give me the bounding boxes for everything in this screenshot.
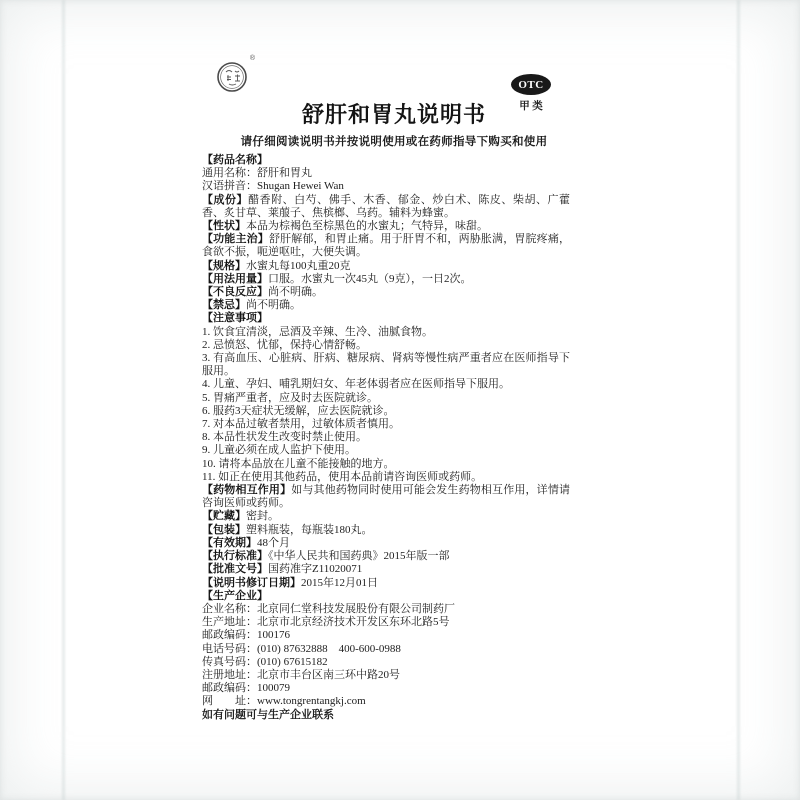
paragraph: 6. 服药3天症状无缓解，应去医院就诊。 <box>202 405 570 418</box>
paragraph: 传真号码：(010) 67615182 <box>202 656 570 669</box>
paragraph-text: 醋香附、白芍、佛手、木香、郁金、炒白术、陈皮、柴胡、广藿香、炙甘草、莱菔子、焦槟… <box>202 194 570 219</box>
paragraph: 5. 胃痛严重者，应及时去医院就诊。 <box>202 392 570 405</box>
paragraph: 2. 忌愤怒、忧郁，保持心情舒畅。 <box>202 339 570 352</box>
paragraph: 【禁忌】尚不明确。 <box>202 299 570 312</box>
paragraph-text: 7. 对本品过敏者禁用，过敏体质者慎用。 <box>202 418 400 430</box>
section-heading: 【有效期】 <box>202 537 257 549</box>
paragraph: 电话号码：(010) 87632888 400-600-0988 <box>202 643 570 656</box>
paragraph-text: 通用名称：舒肝和胃丸 <box>202 167 312 179</box>
paragraph: 【生产企业】 <box>202 590 570 603</box>
paragraph-text: 生产地址：北京市北京经济技术开发区东环北路5号 <box>202 616 450 628</box>
paragraph: 4. 儿童、孕妇、哺乳期妇女、年老体弱者应在医师指导下服用。 <box>202 378 570 391</box>
paragraph-text: 密封。 <box>246 510 279 522</box>
paragraph-text: 5. 胃痛严重者，应及时去医院就诊。 <box>202 392 378 404</box>
paragraph-text: 本品为棕褐色至棕黑色的水蜜丸；气特异，味甜。 <box>246 220 488 232</box>
paragraph: 【贮藏】密封。 <box>202 510 570 523</box>
paragraph: 【功能主治】舒肝解郁，和胃止痛。用于肝胃不和，两胁胀满，胃脘疼痛，食欲不振，呃逆… <box>202 233 570 259</box>
paragraph: 邮政编码：100079 <box>202 682 570 695</box>
section-heading: 【执行标准】 <box>202 550 268 562</box>
paragraph: 注册地址：北京市丰台区南三环中路20号 <box>202 669 570 682</box>
registered-trademark-mark: ® <box>250 55 255 62</box>
paragraph-text: 尚不明确。 <box>246 299 301 311</box>
section-heading: 【用法用量】 <box>202 273 268 285</box>
paragraph-text: 企业名称：北京同仁堂科技发展股份有限公司制药厂 <box>202 603 455 615</box>
section-heading: 【批准文号】 <box>202 563 268 575</box>
paragraph-text: 尚不明确。 <box>268 286 323 298</box>
paragraph-text: 水蜜丸每100丸重20克 <box>246 260 351 272</box>
paragraph-text: 传真号码：(010) 67615182 <box>202 656 328 668</box>
paragraph: 7. 对本品过敏者禁用，过敏体质者慎用。 <box>202 418 570 431</box>
paragraph: 【批准文号】国药准字Z11020071 <box>202 563 570 576</box>
leaflet-page: ® OTC 甲 类 舒肝和胃丸说明书 请仔细阅读说明书并按说明使用或在药师指导下… <box>0 0 800 800</box>
paragraph-text: 2. 忌愤怒、忧郁，保持心情舒畅。 <box>202 339 367 351</box>
paragraph: 如有问题可与生产企业联系 <box>202 709 570 722</box>
tongrentang-seal-logo: ® <box>215 58 251 94</box>
paragraph-text: 电话号码：(010) 87632888 400-600-0988 <box>202 643 401 655</box>
section-heading: 【性状】 <box>202 220 246 232</box>
paragraph-text: 注册地址：北京市丰台区南三环中路20号 <box>202 669 400 681</box>
section-heading: 【药品名称】 <box>202 154 268 166</box>
paragraph: 9. 儿童必须在成人监护下使用。 <box>202 444 570 457</box>
round-seal-icon <box>215 58 251 94</box>
paragraph: 【规格】水蜜丸每100丸重20克 <box>202 260 570 273</box>
paragraph-text: 4. 儿童、孕妇、哺乳期妇女、年老体弱者应在医师指导下服用。 <box>202 378 510 390</box>
paragraph: 【成份】醋香附、白芍、佛手、木香、郁金、炒白术、陈皮、柴胡、广藿香、炙甘草、莱菔… <box>202 194 570 220</box>
paragraph-text: 8. 本品性状发生改变时禁止使用。 <box>202 431 367 443</box>
paragraph: 【执行标准】《中华人民共和国药典》2015年版一部 <box>202 550 570 563</box>
paragraph-text: 1. 饮食宜清淡，忌酒及辛辣、生冷、油腻食物。 <box>202 326 433 338</box>
section-heading: 【包装】 <box>202 524 246 536</box>
paragraph: 【性状】本品为棕褐色至棕黑色的水蜜丸；气特异，味甜。 <box>202 220 570 233</box>
read-notice: 请仔细阅读说明书并按说明使用或在药师指导下购买和使用 <box>0 133 788 149</box>
paragraph: 【不良反应】尚不明确。 <box>202 286 570 299</box>
otc-label: OTC <box>518 79 543 91</box>
paragraph: 邮政编码：100176 <box>202 629 570 642</box>
paragraph: 【注意事项】 <box>202 312 570 325</box>
section-heading: 【贮藏】 <box>202 510 246 522</box>
paragraph-text: 塑料瓶装，每瓶装180丸。 <box>246 524 373 536</box>
paragraph-text: 11. 如正在使用其他药品，使用本品前请咨询医师或药师。 <box>202 471 482 483</box>
paragraph-text: 口服。水蜜丸一次45丸（9克），一日2次。 <box>268 273 472 285</box>
paragraph: 【用法用量】口服。水蜜丸一次45丸（9克），一日2次。 <box>202 273 570 286</box>
paragraph-text: 3. 有高血压、心脏病、肝病、糖尿病、肾病等慢性病严重者应在医师指导下服用。 <box>202 352 570 377</box>
paragraph: 1. 饮食宜清淡，忌酒及辛辣、生冷、油腻食物。 <box>202 326 570 339</box>
paragraph: 通用名称：舒肝和胃丸 <box>202 167 570 180</box>
section-heading: 【禁忌】 <box>202 299 246 311</box>
paragraph-text: 如有问题可与生产企业联系 <box>202 709 334 721</box>
paragraph-text: 6. 服药3天症状无缓解，应去医院就诊。 <box>202 405 395 417</box>
paragraph: 10. 请将本品放在儿童不能接触的地方。 <box>202 458 570 471</box>
section-heading: 【不良反应】 <box>202 286 268 298</box>
paragraph-text: 邮政编码：100079 <box>202 682 290 694</box>
page-title: 舒肝和胃丸说明书 <box>0 98 788 129</box>
section-heading: 【注意事项】 <box>202 312 268 324</box>
paragraph: 汉语拼音：Shugan Hewei Wan <box>202 180 570 193</box>
section-heading: 【规格】 <box>202 260 246 272</box>
paragraph: 【说明书修订日期】2015年12月01日 <box>202 577 570 590</box>
paragraph-text: 汉语拼音：Shugan Hewei Wan <box>202 180 344 192</box>
paragraph-text: 48个月 <box>257 537 290 549</box>
paragraph-text: 网 址：www.tongrentangkj.com <box>202 695 366 707</box>
section-heading: 【成份】 <box>202 194 248 206</box>
paragraph-text: 10. 请将本品放在儿童不能接触的地方。 <box>202 458 395 470</box>
paragraph-text: 9. 儿童必须在成人监护下使用。 <box>202 444 356 456</box>
paragraph-text: 国药准字Z11020071 <box>268 563 362 575</box>
section-heading: 【生产企业】 <box>202 590 268 602</box>
paragraph-text: 2015年12月01日 <box>301 577 378 589</box>
paragraph: 网 址：www.tongrentangkj.com <box>202 695 570 708</box>
section-heading: 【功能主治】 <box>202 233 269 245</box>
paragraph: 11. 如正在使用其他药品，使用本品前请咨询医师或药师。 <box>202 471 570 484</box>
otc-icon: OTC <box>511 74 551 95</box>
paragraph: 生产地址：北京市北京经济技术开发区东环北路5号 <box>202 616 570 629</box>
paragraph-text: 《中华人民共和国药典》2015年版一部 <box>268 550 450 562</box>
leaflet-body: 【药品名称】 通用名称：舒肝和胃丸 汉语拼音：Shugan Hewei Wan … <box>202 154 570 722</box>
paragraph-text: 邮政编码：100176 <box>202 629 290 641</box>
paragraph: 8. 本品性状发生改变时禁止使用。 <box>202 431 570 444</box>
paragraph: 【包装】塑料瓶装，每瓶装180丸。 <box>202 524 570 537</box>
paragraph: 3. 有高血压、心脏病、肝病、糖尿病、肾病等慢性病严重者应在医师指导下服用。 <box>202 352 570 378</box>
section-heading: 【药物相互作用】 <box>202 484 291 496</box>
section-heading: 【说明书修订日期】 <box>202 577 301 589</box>
paragraph: 企业名称：北京同仁堂科技发展股份有限公司制药厂 <box>202 603 570 616</box>
paragraph: 【药物相互作用】如与其他药物同时使用可能会发生药物相互作用，详情请咨询医师或药师… <box>202 484 570 510</box>
paragraph: 【药品名称】 <box>202 154 570 167</box>
paragraph: 【有效期】48个月 <box>202 537 570 550</box>
